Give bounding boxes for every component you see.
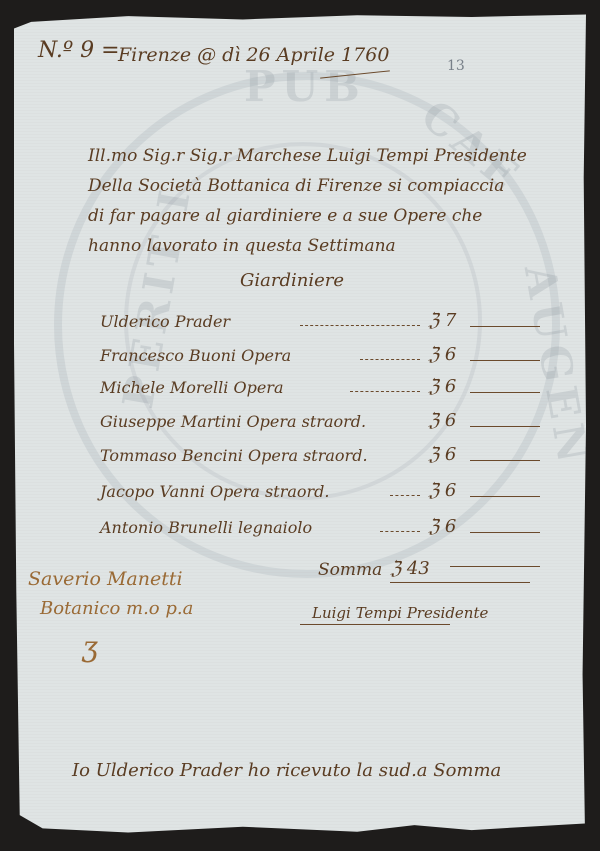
salutation-line-4: hanno lavorato in questa Settimana <box>88 236 396 256</box>
salutation-line-3: di far pagare al giardiniere e a sue Ope… <box>88 206 482 226</box>
total-amount: ℨ 43 <box>390 558 430 579</box>
document-number: N.º 9 = <box>38 38 120 63</box>
amount-rule <box>470 460 540 461</box>
worker-name: Jacopo Vanni Opera straord. <box>100 482 329 501</box>
receipt-line: Io Ulderico Prader ho ricevuto la sud.a … <box>72 760 501 781</box>
worker-name: Michele Morelli Opera <box>100 378 284 397</box>
section-heading: Giardiniere <box>240 270 344 291</box>
signature-underline <box>300 624 450 625</box>
botanist-signature-name: Saverio Manetti <box>28 568 183 590</box>
payment-entry: Giuseppe Martini Opera straord. ℨ 6 <box>100 412 540 440</box>
salutation-line-1: Ill.mo Sig.r Sig.r Marchese Luigi Tempi … <box>88 146 527 166</box>
total-rule-lower <box>390 582 530 583</box>
worker-name: Antonio Brunelli legnaiolo <box>100 518 312 537</box>
amount: ℨ 6 <box>428 444 456 465</box>
leader-dash <box>300 325 420 327</box>
place-date: Firenze @ dì 26 Aprile 1760 <box>118 44 389 66</box>
payment-entry: Tommaso Bencini Opera straord. ℨ 6 <box>100 446 540 474</box>
payment-entry: Michele Morelli Opera ℨ 6 <box>100 378 540 406</box>
amount: ℨ 6 <box>428 376 456 397</box>
leader-dash <box>350 391 420 393</box>
amount-rule <box>470 360 540 361</box>
amount-rule <box>470 326 540 327</box>
worker-name: Ulderico Prader <box>100 312 230 331</box>
leader-dash <box>380 531 420 533</box>
total-rule <box>450 566 540 567</box>
amount-rule <box>470 392 540 393</box>
payment-entry: Antonio Brunelli legnaiolo ℨ 6 <box>100 518 540 546</box>
botanist-signature-title: Botanico m.o p.a <box>40 598 193 619</box>
payment-entry: Ulderico Prader ℨ 7 <box>100 312 540 340</box>
payment-entry: Francesco Buoni Opera ℨ 6 <box>100 346 540 374</box>
worker-name: Francesco Buoni Opera <box>100 346 291 365</box>
amount: ℨ 6 <box>428 516 456 537</box>
leader-dash <box>390 495 420 497</box>
amount: ℨ 6 <box>428 480 456 501</box>
amount: ℨ 7 <box>428 310 456 331</box>
amount-rule <box>470 496 540 497</box>
total-label: Somma <box>318 560 382 580</box>
amount: ℨ 6 <box>428 410 456 431</box>
leader-dash <box>360 359 420 361</box>
worker-name: Giuseppe Martini Opera straord. <box>100 412 366 431</box>
worker-name: Tommaso Bencini Opera straord. <box>100 446 368 465</box>
page-number: 13 <box>447 58 465 74</box>
stamp-text-top: PUB <box>244 62 366 111</box>
salutation-line-2: Della Società Bottanica di Firenze si co… <box>88 176 504 196</box>
amount: ℨ 6 <box>428 344 456 365</box>
botanist-mark: ʒ <box>82 630 98 663</box>
amount-rule <box>470 426 540 427</box>
payment-entry: Jacopo Vanni Opera straord. ℨ 6 <box>100 482 540 510</box>
amount-rule <box>470 532 540 533</box>
president-signature: Luigi Tempi Presidente <box>312 604 488 622</box>
